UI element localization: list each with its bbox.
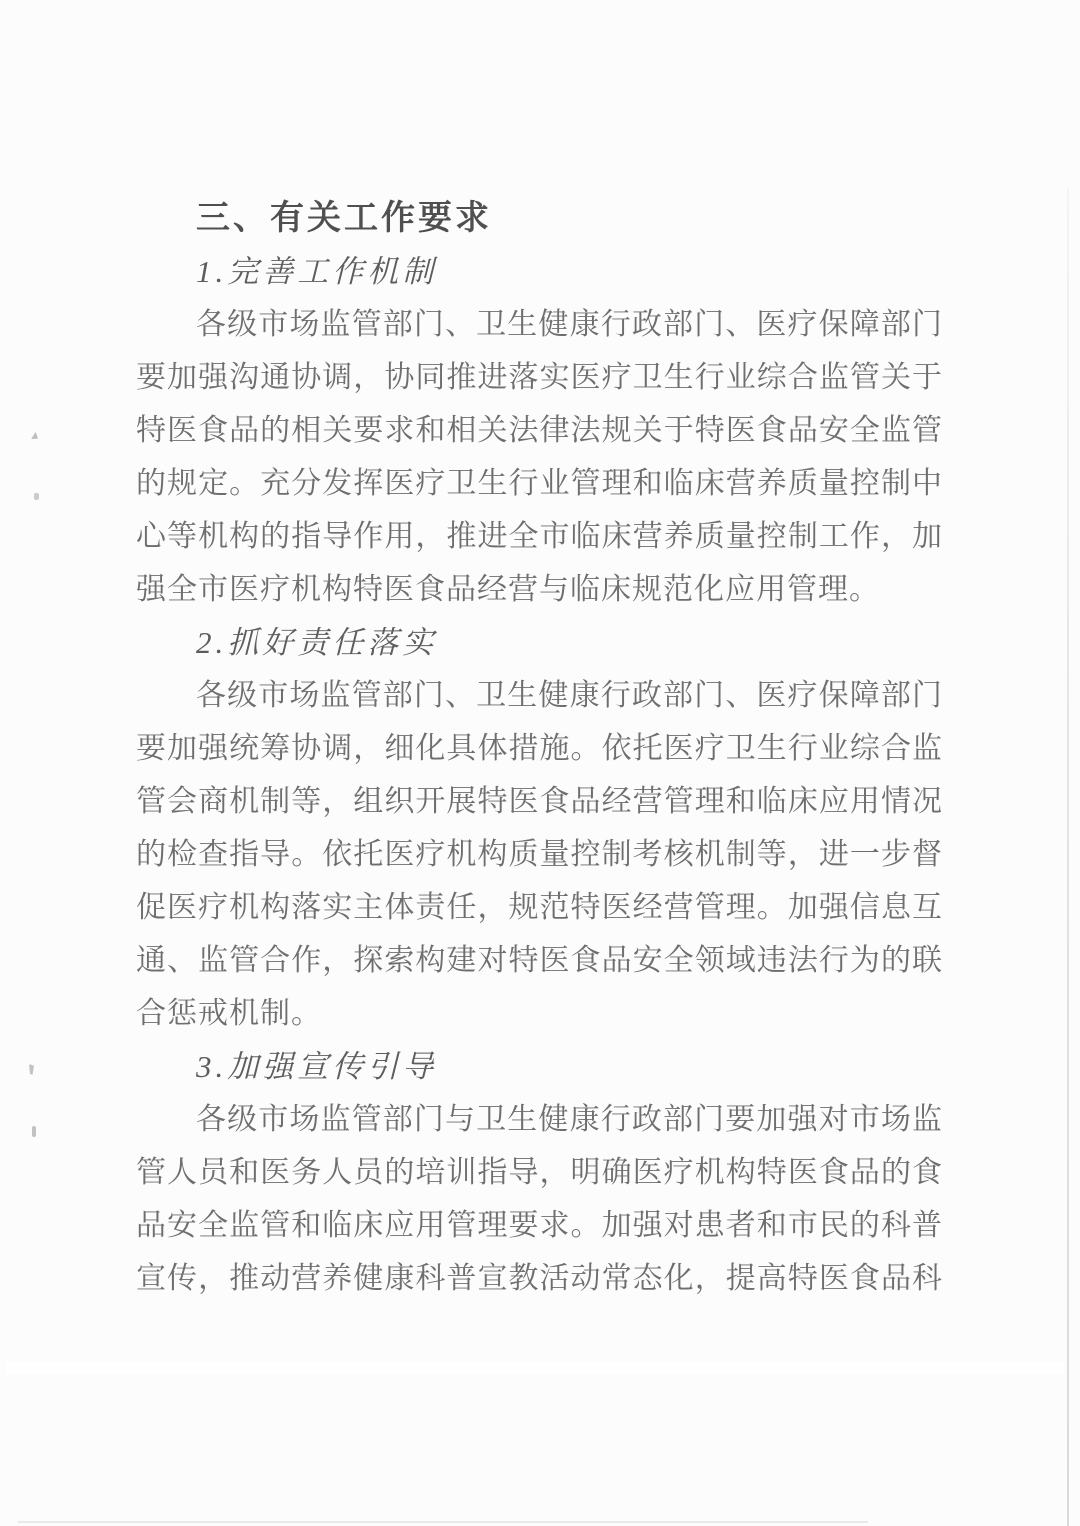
paragraph-2-line-4: 的检查指导。依托医疗机构质量控制考核机制等，进一步督: [136, 828, 942, 881]
paragraph-3-line-2: 管人员和医务人员的培训指导，明确医疗机构特医食品的食: [136, 1146, 942, 1199]
paragraph-2-line-7: 合惩戒机制。: [136, 987, 942, 1040]
scan-speck: [34, 493, 39, 500]
paragraph-1-line-2: 要加强沟通协调，协同推进落实医疗卫生行业综合监管关于: [136, 351, 942, 404]
subsection-3-heading: 3.加强宣传引导: [136, 1040, 942, 1093]
paragraph-2-line-3: 管会商机制等，组织开展特医食品经营管理和临床应用情况: [136, 775, 942, 828]
paragraph-1-line-5: 心等机构的指导作用，推进全市临床营养质量控制工作，加: [136, 510, 942, 563]
paragraph-1-line-6: 强全市医疗机构特医食品经营与临床规范化应用管理。: [136, 563, 942, 616]
scanner-edge-line-bottom: [18, 1521, 868, 1523]
scanned-document-page: 三、有关工作要求 1.完善工作机制 各级市场监管部门、卫生健康行政部门、医疗保障…: [0, 0, 1080, 1526]
document-content: 三、有关工作要求 1.完善工作机制 各级市场监管部门、卫生健康行政部门、医疗保障…: [136, 192, 942, 1305]
paragraph-1-line-3: 特医食品的相关要求和相关法律法规关于特医食品安全监管: [136, 404, 942, 457]
section-heading: 三、有关工作要求: [136, 192, 942, 245]
paragraph-2-line-5: 促医疗机构落实主体责任，规范特医经营管理。加强信息互: [136, 881, 942, 934]
paragraph-2-line-1: 各级市场监管部门、卫生健康行政部门、医疗保障部门: [136, 669, 942, 722]
scan-speck: [30, 432, 38, 439]
paragraph-2-line-2: 要加强统筹协调，细化具体措施。依托医疗卫生行业综合监: [136, 722, 942, 775]
scan-light-band: [6, 1362, 1064, 1374]
paragraph-1-line-4: 的规定。充分发挥医疗卫生行业管理和临床营养质量控制中: [136, 457, 942, 510]
subsection-2-heading: 2.抓好责任落实: [136, 616, 942, 669]
paragraph-3-line-1: 各级市场监管部门与卫生健康行政部门要加强对市场监: [136, 1093, 942, 1146]
paragraph-1-line-1: 各级市场监管部门、卫生健康行政部门、医疗保障部门: [136, 298, 942, 351]
scan-speck: [32, 1126, 36, 1137]
scan-speck: [29, 1064, 34, 1075]
subsection-1-heading: 1.完善工作机制: [136, 245, 942, 298]
paragraph-3-line-4: 宣传，推动营养健康科普宣教活动常态化，提高特医食品科: [136, 1252, 942, 1305]
paragraph-3-line-3: 品安全监管和临床应用管理要求。加强对患者和市民的科普: [136, 1199, 942, 1252]
scanner-edge-line-right: [1067, 188, 1069, 1526]
paragraph-2-line-6: 通、监管合作，探索构建对特医食品安全领域违法行为的联: [136, 934, 942, 987]
